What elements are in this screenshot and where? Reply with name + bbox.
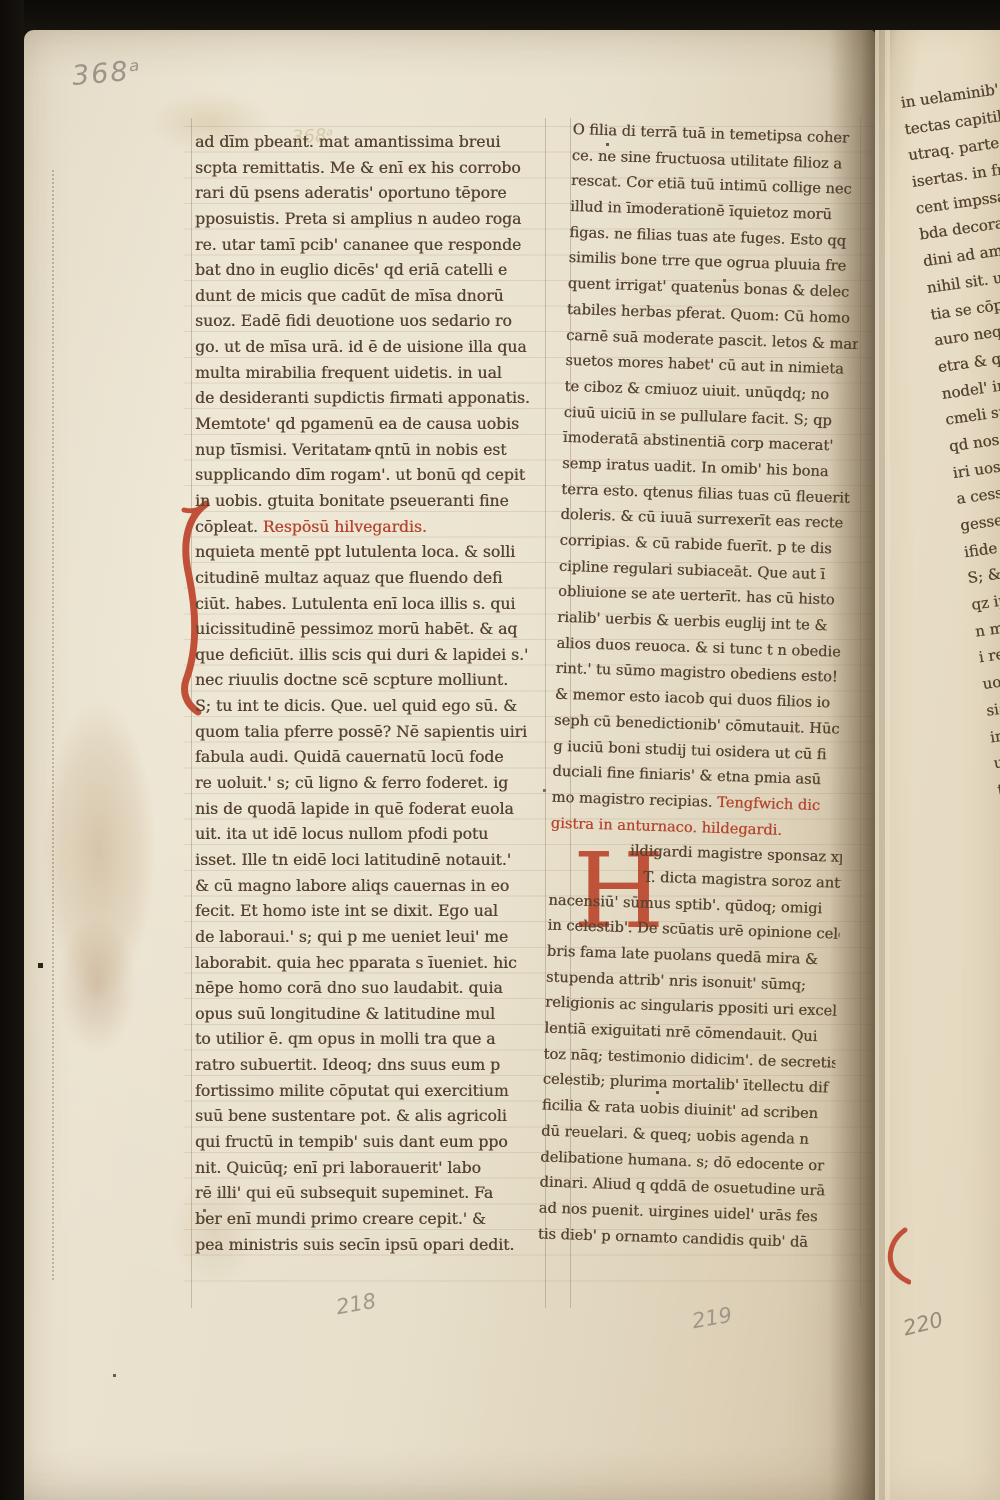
ink-text: lentiā exiguitati nrē cōmendauit. Qui <box>544 1020 817 1046</box>
page-number-next: 220 <box>901 1308 946 1341</box>
ink-text: ber enī mundi primo creare cepit.' & <box>195 1210 486 1228</box>
manuscript-text-line: que deficiūt. illis scis qui duri & lapi… <box>195 643 549 669</box>
manuscript-text-line: dunt de micis que cadūt de mīsa dnorū <box>195 284 549 310</box>
manuscript-text-line: nquieta mentē ppt lutulenta loca. & soll… <box>195 540 549 566</box>
manuscript-text-line: re uoluit.' s; cū ligno & ferro foderet.… <box>195 771 549 797</box>
manuscript-text-line: multa mirabilia frequent uidetis. in ual <box>195 361 549 387</box>
manuscript-text-line: de desideranti supdictis firmati apponat… <box>195 386 549 412</box>
manuscript-text-line: qui fructū in tempib' suis dant eum ppo <box>195 1130 549 1156</box>
ink-text: que deficiūt. illis scis qui duri & lapi… <box>195 646 528 664</box>
ink-text: similis bone trre que ogrua pluuia fre <box>568 249 846 275</box>
ink-text: cipline regulari subiaceāt. Que aut ī <box>559 557 826 582</box>
ink-text: isset. Ille tn eidē loci latitudinē nota… <box>195 851 511 869</box>
text-column-next-page: in uelaminib'. coronas etectas capitib' … <box>899 58 1000 1226</box>
parchment-stain <box>42 890 152 1080</box>
manuscript-text-line: isset. Ille tn eidē loci latitudinē nota… <box>195 848 549 874</box>
ink-text: dū reuelari. & queq; uobis agenda n <box>541 1122 809 1147</box>
ruling-vertical-line <box>191 118 192 1308</box>
ink-text: in uobis. gtuita bonitate pseueranti fin… <box>195 492 509 510</box>
manuscript-text-line: go. ut de mīsa urā. id ē de uisione illa… <box>195 335 549 361</box>
ink-text: doleris. & cū iuuā surrexerīt eas recte <box>560 506 843 532</box>
folio-number-annotation: 368ᵃ <box>71 55 144 92</box>
manuscript-text-line: uicissitudinē pessimoz morū habēt. & aq <box>195 617 549 643</box>
manuscript-text-line: in uobis. gtuita bonitate pseueranti fin… <box>195 489 549 515</box>
ink-text: pea ministris suis secīn ipsū opari dedi… <box>195 1236 514 1254</box>
ink-text: semp iratus uadit. In omib' his bona <box>562 455 829 480</box>
manuscript-text-line: re. utar tamī pcib' cananee que responde <box>195 233 549 259</box>
ink-text: dunt de micis que cadūt de mīsa dnorū <box>195 287 504 305</box>
text-column-left: ad dīm pbeant. mat amantissima breuiscpt… <box>195 130 549 1258</box>
manuscript-text-line: nit. Quicūq; enī pri laborauerit' labo <box>195 1156 549 1182</box>
ink-text: quent irrigat' quatenus bonas & delec <box>567 275 849 301</box>
ink-text: bat dno in euglio dicēs' qd eriā catelli… <box>195 261 507 279</box>
manuscript-text-line: uit. ita ut idē locus nullom pfodi potu <box>195 822 549 848</box>
ink-text: multa mirabilia frequent uidetis. in ual <box>195 364 502 382</box>
ink-text: rari dū psens aderatis' oportuno tēpore <box>195 184 507 202</box>
pricking-marks <box>52 170 54 1280</box>
manuscript-text-line: to utilior ē. qm opus in molli tra que a <box>195 1027 549 1053</box>
ink-text: uit. ita ut idē locus nullom pfodi potu <box>195 825 488 843</box>
ink-text: ficilia & rata uobis diuinit' ad scriben <box>542 1097 819 1123</box>
manuscript-text-line: fabula audi. Quidā cauernatū locū fode <box>195 745 549 771</box>
ink-text: nquieta mentē ppt lutulenta loca. & soll… <box>195 543 515 561</box>
manuscript-text-line: ratro subuertit. Ideoq; dns suus eum p <box>195 1053 549 1079</box>
ink-text: ildigardi magistre sponsaz xpi' <box>630 842 843 866</box>
ink-text: S; tu int te dicis. Que. uel quid ego sū… <box>195 697 517 715</box>
ink-text: fecit. Et homo iste int se dixit. Ego ua… <box>195 902 498 920</box>
ink-text: obliuione se ate uerterīt. has cū histo <box>558 583 835 609</box>
ink-text: nup tīsmisi. Veritatam qntū in nobis est <box>195 441 506 459</box>
ink-text: laborabit. quia hec pparata s īueniet. h… <box>195 954 517 972</box>
manuscript-text-line: laborabit. quia hec pparata s īueniet. h… <box>195 951 549 977</box>
ink-text: rescat. Cor etiā tuū intimū collige nec <box>571 172 852 198</box>
manuscript-text-line: fortissimo milite cōputat qui exercitium <box>195 1079 549 1105</box>
ink-text: suoz. Eadē fidi deuotione uos sedario ro <box>195 312 512 330</box>
ink-text: stupenda attrib' nris isonuit' sūmq; <box>546 968 806 993</box>
manuscript-text-line: rē illi' qui eū subsequit supeminet. Fa <box>195 1181 549 1207</box>
facing-page-edge: in uelaminib'. coronas etectas capitib' … <box>875 16 1000 1500</box>
manuscript-page-left: 368ᵃ 368ᵃ H ad dīm pbeant. mat amantissi… <box>24 30 875 1500</box>
ink-text: rē illi' qui eū subsequit supeminet. Fa <box>195 1184 493 1202</box>
rubric-text: Tengfwich dic <box>717 794 820 814</box>
ink-text: rialib' uerbis & uerbis euglij int te & <box>557 609 828 634</box>
manuscript-text-line: opus suū longitudine & latitudine mul <box>195 1002 549 1028</box>
ink-text: tabiles herbas pferat. Quom: Cū homo <box>567 301 850 327</box>
ink-text: bris fama late puolans quedā mira & <box>547 943 819 969</box>
photograph-background: 368ᵃ 368ᵃ H ad dīm pbeant. mat amantissi… <box>0 0 1000 1500</box>
ink-text: & memor esto iacob qui duos filios io <box>555 686 831 712</box>
ink-text: suetos mores habet' cū aut in nimieta <box>565 352 844 378</box>
manuscript-text-line: cōpleat. Respōsū hilvegardis. <box>195 515 549 541</box>
ink-text: & cū magno labore aliqs cauernas in eo <box>195 877 509 895</box>
backdrop-edge <box>0 0 1000 30</box>
page-number-left: 218 <box>334 1289 378 1320</box>
manuscript-text-line: nup tīsmisi. Veritatam qntū in nobis est <box>195 438 549 464</box>
ink-text: ce. ne sine fructuosa utilitate filioz a <box>572 147 843 172</box>
ink-text: fortissimo milite cōputat qui exercitium <box>195 1082 509 1100</box>
ink-text: Memtote' qd pgamenū ea de causa uobis <box>195 415 519 433</box>
manuscript-text-line: Memtote' qd pgamenū ea de causa uobis <box>195 412 549 438</box>
ink-text: quom talia pferre possē? Nē sapientis ui… <box>195 723 527 741</box>
ink-text: re uoluit.' s; cū ligno & ferro foderet.… <box>195 774 508 792</box>
manuscript-text-line: ciūt. habes. Lutulenta enī loca illis s.… <box>195 592 549 618</box>
backdrop-edge <box>0 0 24 1500</box>
decorated-initial-Q-icon <box>885 1226 911 1286</box>
ink-text: īmoderatā abstinentiā corp macerat' <box>563 429 834 454</box>
rubric-text: gistra in anturnaco. hildegardi. <box>551 814 783 838</box>
text-column-right: O filia di terrā tuā in temetipsa coherc… <box>537 117 864 1256</box>
manuscript-text-line: quom talia pferre possē? Nē sapientis ui… <box>195 720 549 746</box>
ink-text: citudinē multaz aquaz que fluendo defi <box>195 569 502 587</box>
manuscript-text-line: S; tu int te dicis. Que. uel quid ego sū… <box>195 694 549 720</box>
manuscript-text-line: pposuistis. Preta si amplius n audeo rog… <box>195 207 549 233</box>
ink-text: rint.' tu sūmo magistro obediens esto! <box>555 660 838 686</box>
ink-text: nēpe homo corā dno suo laudabit. quia <box>195 979 503 997</box>
ink-text: uicissitudinē pessimoz morū habēt. & aq <box>195 620 517 638</box>
ink-text: opus suū longitudine & latitudine mul <box>195 1005 495 1023</box>
ink-text: corripias. & cū rabide fuerīt. p te dis <box>559 532 831 558</box>
manuscript-text-line: citudinē multaz aquaz que fluendo defi <box>195 566 549 592</box>
ink-text: seph cū benedictionib' cōmutauit. Hūc <box>554 712 840 738</box>
ink-text: ad dīm pbeant. mat amantissima breui <box>195 133 500 151</box>
ink-text: de laboraui.' s; qui p me ueniet leui' m… <box>195 928 508 946</box>
ink-text: to utilior ē. qm opus in molli tra que a <box>195 1030 495 1048</box>
ink-text: illud in īmoderationē īquietoz morū <box>570 198 832 223</box>
ink-text: mo magistro recipias. <box>551 789 717 811</box>
ink-text: te ciboz & cmiuoz uiuit. unūqdq; no <box>564 378 829 403</box>
parchment-specks <box>24 30 25 31</box>
ink-text: tis dieb' p ornamto candidis quib' dā <box>538 1225 809 1250</box>
ink-text: dinari. Aliud q qddā de osuetudine urā <box>539 1174 825 1200</box>
parchment-stain <box>24 650 174 1050</box>
ink-text: ratro subuertit. Ideoq; dns suus eum p <box>195 1056 500 1074</box>
ink-text: nit. Quicūq; enī pri laborauerit' labo <box>195 1159 481 1177</box>
manuscript-text-line: & cū magno labore aliqs cauernas in eo <box>195 874 549 900</box>
manuscript-text-line: rari dū psens aderatis' oportuno tēpore <box>195 181 549 207</box>
ink-text: go. ut de mīsa urā. id ē de uisione illa… <box>195 338 527 356</box>
ink-text: O filia di terrā tuā in temetipsa coher <box>572 121 849 147</box>
ink-text: suū bene sustentare pot. & alis agricoli <box>195 1107 507 1125</box>
ink-text: qui fructū in tempib' suis dant eum ppo <box>195 1133 508 1151</box>
manuscript-text-line: scpta remittatis. Me & enī ex his corrob… <box>195 156 549 182</box>
ink-text: de desideranti supdictis firmati apponat… <box>195 389 530 407</box>
ink-text: cōpleat. <box>195 518 263 536</box>
manuscript-text-line: de laboraui.' s; qui p me ueniet leui' m… <box>195 925 549 951</box>
manuscript-text-line: pea ministris suis secīn ipsū opari dedi… <box>195 1233 549 1259</box>
ink-text: ciūt. habes. Lutulenta enī loca illis s.… <box>195 595 515 613</box>
ink-text: alios duos reuoca. & si tunc t n obedie <box>556 634 841 660</box>
ink-text: nec riuulis doctne scē scpture molliunt. <box>195 671 508 689</box>
ink-text: re. utar tamī pcib' cananee que responde <box>195 236 521 254</box>
ink-text: ad nos puenit. uirgines uidel' urās fes <box>538 1199 817 1225</box>
ink-text: pposuistis. Preta si amplius n audeo rog… <box>195 210 521 228</box>
ink-text: scpta remittatis. Me & enī ex his corrob… <box>195 159 521 177</box>
ink-text: delibatione humana. s; dō edocente or <box>540 1148 824 1174</box>
ink-text: nacensiū' sūmus sptib'. qūdoq; omigi <box>548 891 822 917</box>
ink-text: g iuciū boni studij tui osidera ut cū fi <box>553 737 827 763</box>
manuscript-text-line: nēpe homo corā dno suo laudabit. quia <box>195 976 549 1002</box>
ink-text: supplicando dīm rogam'. ut bonū qd cepit <box>195 466 525 484</box>
manuscript-text-line: supplicando dīm rogam'. ut bonū qd cepit <box>195 463 549 489</box>
manuscript-text-line: ad dīm pbeant. mat amantissima breui <box>195 130 549 156</box>
manuscript-text-line: suoz. Eadē fidi deuotione uos sedario ro <box>195 309 549 335</box>
page-number-right: 219 <box>690 1303 734 1334</box>
manuscript-text-line: suū bene sustentare pot. & alis agricoli <box>195 1104 549 1130</box>
manuscript-text-line: ber enī mundi primo creare cepit.' & <box>195 1207 549 1233</box>
manuscript-text-line: nec riuulis doctne scē scpture molliunt. <box>195 668 549 694</box>
ink-text: fabula audi. Quidā cauernatū locū fode <box>195 748 503 766</box>
ink-text: duciali fine finiaris' & etna pmia asū <box>552 763 821 788</box>
ink-text: nis de quodā lapide in quē foderat euola <box>195 800 514 818</box>
manuscript-text-line: fecit. Et homo iste int se dixit. Ego ua… <box>195 899 549 925</box>
rubric-text: Respōsū hilvegardis. <box>263 518 427 536</box>
ink-text: T. dicta magistra soroz antur <box>643 869 842 893</box>
ruling-vertical-line <box>860 118 861 1308</box>
ink-text: figas. ne filias tuas ate fuges. Esto qq <box>569 224 846 250</box>
manuscript-text-line: nis de quodā lapide in quē foderat euola <box>195 797 549 823</box>
manuscript-text-line: bat dno in euglio dicēs' qd eriā catelli… <box>195 258 549 284</box>
ink-text: ciuū uiciū in se pullulare facit. S; qp <box>563 403 832 428</box>
